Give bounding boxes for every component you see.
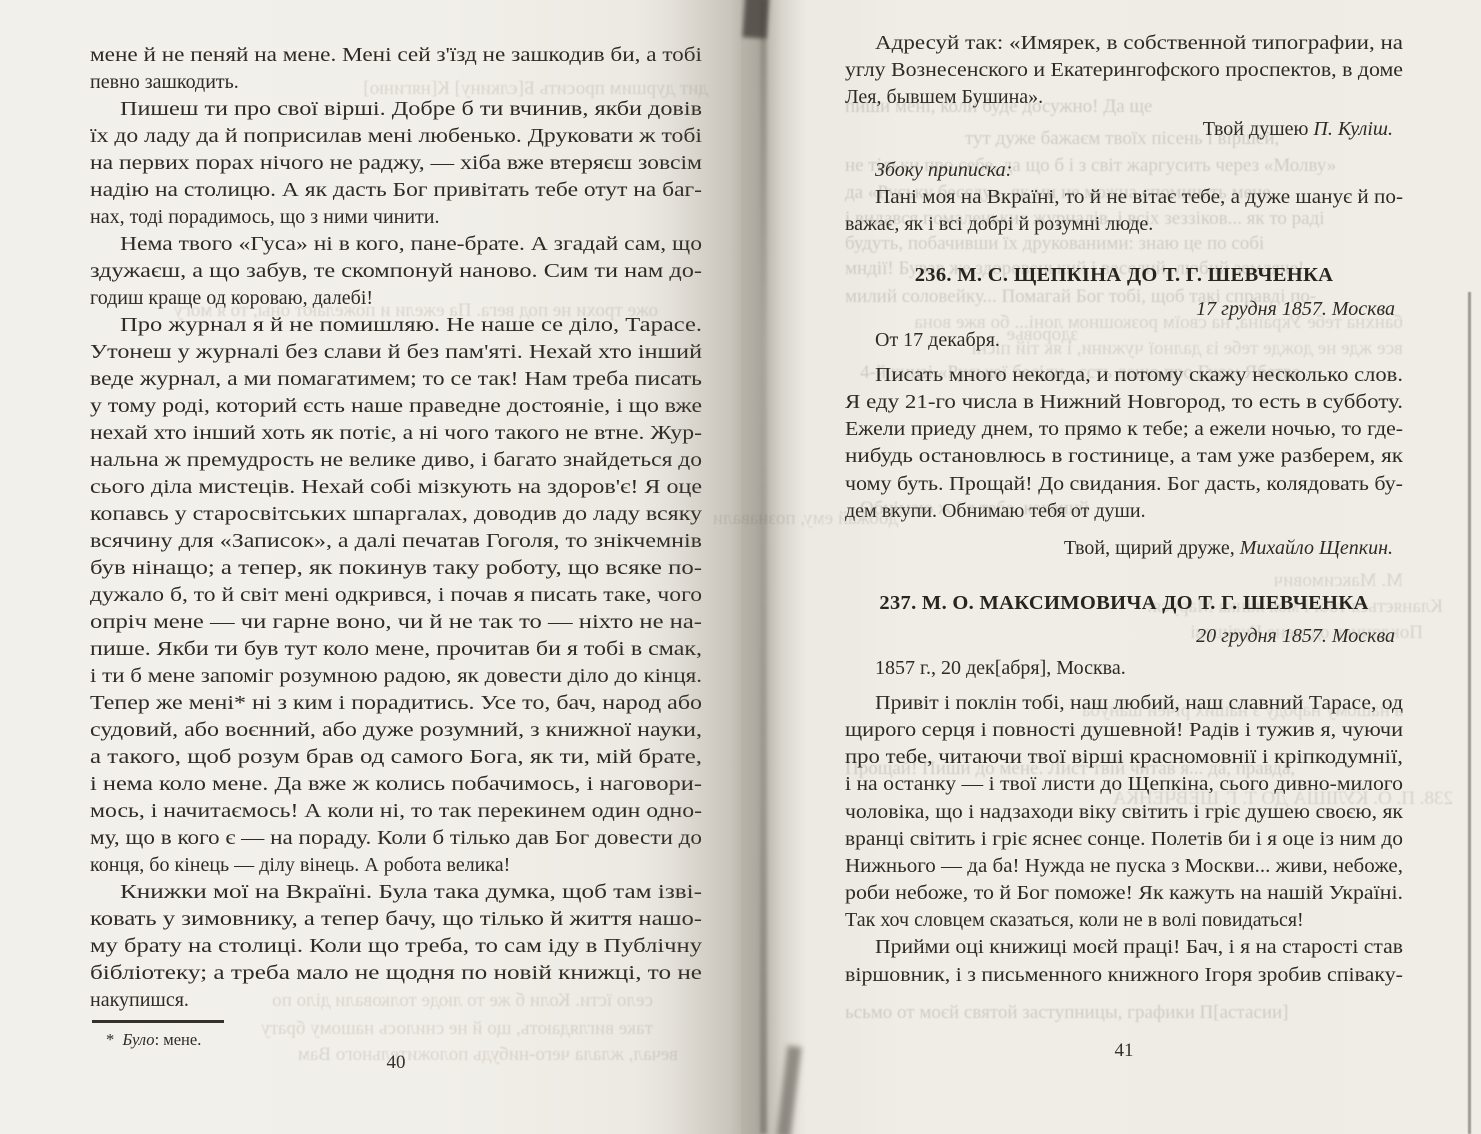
spacer: [845, 354, 1403, 362]
text-line: мось, і начитаємось! А коли ні, то так п…: [90, 798, 702, 825]
text-line: всячину для «Записок», а далі печатав Го…: [90, 528, 702, 555]
text-line: Писать много некогда, и потому скажу нес…: [845, 362, 1403, 389]
text-line: дужало б, то й світ мені одкрився, і поч…: [90, 582, 702, 609]
signature-part: Твой, щирий друже,: [1064, 537, 1240, 559]
text-line: Пані моя на Вкраїні, то й не вітає тебе,…: [845, 184, 1403, 211]
text-line: ковать у зимовнику, а тепер бачу, що тіл…: [90, 906, 702, 933]
text-line: нальна ж премудрость не велике диво, і б…: [90, 447, 702, 474]
spacer: [845, 238, 1403, 262]
signature-line: Твой, щирий друже, Михайло Щепкин.: [845, 535, 1403, 562]
footnote: * Було: мене.: [106, 1030, 201, 1050]
letter-heading: 236. М. С. ЩЕПКІНА ДО Т. Г. ШЕВЧЕНКА: [845, 262, 1403, 289]
text-line: опріч мене — чи гарне воно, чи й не так …: [90, 609, 702, 636]
text-line: вранці світить і гріє яснеє сонце. Полет…: [845, 826, 1403, 853]
signature-part: Михайло Щепкин.: [1240, 537, 1393, 559]
text-line: От 17 декабря.: [845, 327, 1403, 354]
text-line: нибудь остановлюсь в гостинице, а там уж…: [845, 443, 1403, 470]
text-line: і ти б мене запоміг розумною радою, як д…: [90, 663, 702, 690]
text-line: нах, тоді порадимось, що з ними чинити.: [90, 204, 702, 231]
text-line: Збоку приписка:: [845, 157, 1403, 184]
date-line: 20 грудня 1857. Москва: [845, 623, 1403, 650]
text-line: 1857 г., 20 дек[абря], Москва.: [845, 655, 1403, 682]
date-line: 17 грудня 1857. Москва: [845, 296, 1403, 323]
text-line: Пишеш ти про свої вірші. Добре б ти вчин…: [90, 96, 702, 123]
text-line: Нема твого «Гуса» ні в кого, пане-брате.…: [90, 231, 702, 258]
text-line: Привіт і поклін тобі, наш любий, наш сла…: [845, 690, 1403, 717]
text-line: конця, бо кінець — ділу вінець. А робота…: [90, 852, 702, 879]
spacer: [845, 143, 1403, 157]
book-spread-scan: дит дуршим просить Б[єлкину] К[нягиню]ож…: [0, 0, 1481, 1134]
spacer: [845, 682, 1403, 690]
text-line: мене й не пеняй на мене. Мені сей з'їзд …: [90, 42, 702, 69]
text-line: копавсь у старосвітських шпаргалах, дово…: [90, 501, 702, 528]
text-line: накупишся.: [90, 987, 702, 1014]
text-line: пише. Якби ти був тут коло мене, прочита…: [90, 636, 702, 663]
text-line: нехай хто інший хоть як потіє, а ні чого…: [90, 420, 702, 447]
text-line: судовий, або воєнний, або дуже розумний,…: [90, 717, 702, 744]
footnote-rest: : мене.: [155, 1030, 202, 1049]
text-line: годиш краще од короваю, далебі!: [90, 285, 702, 312]
text-line: і на останку — і твої листи до Щепкіна, …: [845, 771, 1403, 798]
text-line: певно зашкодить.: [90, 69, 702, 96]
page-edge-shadow: [1468, 292, 1471, 1134]
text-line: був нінащо; а тепер, як покинув таку роб…: [90, 555, 702, 582]
text-line: Нижнього — да ба! Нужда не пуска з Москв…: [845, 853, 1403, 880]
text-line: Я еду 21-го числа в Нижний Новгород, то …: [845, 389, 1403, 416]
signature-line: Твой душею П. Куліш.: [845, 116, 1403, 143]
text-line: дем вкупи. Обнимаю тебя от души.: [845, 498, 1403, 525]
letter-heading: 237. М. О. МАКСИМОВИЧА ДО Т. Г. ШЕВЧЕНКА: [845, 590, 1403, 617]
text-line: надію на столицю. А як дасть Бог привіта…: [90, 177, 702, 204]
page-number-right: 41: [845, 1040, 1403, 1062]
text-line: Утонеш у журналі без слави й без пам'яті…: [90, 339, 702, 366]
text-line: на первих порах нічого не раджу, — хіба …: [90, 150, 702, 177]
text-line: важає, як і всі добрі й розумні люде.: [845, 211, 1403, 238]
page-number-left: 40: [90, 1052, 702, 1074]
text-line: віршовник, і з письменного книжного Ігор…: [845, 962, 1403, 989]
text-line: Лея, бывшем Бушина».: [845, 84, 1403, 111]
text-line: Про журнал я й не помишляю. Не наше се д…: [90, 312, 702, 339]
signature-part: П. Куліш.: [1313, 118, 1393, 140]
text-line: і нема коло мене. Да вже ж колись побачи…: [90, 771, 702, 798]
text-line: сього діла мистеців. Нехай собі мізкують…: [90, 474, 702, 501]
footnote-word: Було: [123, 1030, 155, 1049]
text-line: Прийми оці книжиці моєй праці! Бач, і я …: [845, 934, 1403, 961]
text-line: Так хоч словцем сказаться, коли не в вол…: [845, 907, 1403, 934]
text-line: веде журнал, а ми помагатимем; то се так…: [90, 366, 702, 393]
text-line: про тебе, читаючи твої вірші красномовні…: [845, 744, 1403, 771]
text-line: здужаєш, а що забув, те скомпонуй наново…: [90, 258, 702, 285]
text-line: углу Вознесенского и Екатерингофского пр…: [845, 57, 1403, 84]
text-line: Книжки мої на Вкраїні. Була така думка, …: [90, 879, 702, 906]
text-line: му, що в кого є — на пораду. Коли б тіль…: [90, 825, 702, 852]
text-line: бібліотеку; а треба мало не щодня по нов…: [90, 960, 702, 987]
text-line: чоловіка, що і надзаходи віку світить і …: [845, 799, 1403, 826]
spacer: [845, 562, 1403, 590]
spacer: [845, 525, 1403, 535]
text-line: Адресуй так: «Имярек, в собственной типо…: [845, 30, 1403, 57]
text-line: а такого, щоб розум брав од самого Бога,…: [90, 744, 702, 771]
footnote-rule: [92, 1020, 224, 1023]
gutter-shadow-top: [742, 0, 769, 39]
text-line: у тому роді, которий єсть наше праведне …: [90, 393, 702, 420]
text-line: щирого серця і повності душевной! Радів …: [845, 717, 1403, 744]
right-page-text: Адресуй так: «Имярек, в собственной типо…: [845, 30, 1403, 989]
signature-part: Твой душею: [1203, 118, 1314, 140]
footnote-marker: *: [106, 1030, 114, 1049]
text-line: чому буть. Прощай! До свидания. Бог даст…: [845, 471, 1403, 498]
left-page-text: мене й не пеняй на мене. Мені сей з'їзд …: [90, 42, 702, 1014]
text-line: роби небоже, то й Бог поможе! Як кажуть …: [845, 880, 1403, 907]
text-line: Ежели приеду днем, то прямо к тебе; а еж…: [845, 416, 1403, 443]
text-line: му брату на столиці. Коли що треба, то с…: [90, 933, 702, 960]
text-line: їх до ладу да й поприсилав мені любенько…: [90, 123, 702, 150]
text-line: Тепер же мені* ні з ким і порадитись. Ус…: [90, 690, 702, 717]
